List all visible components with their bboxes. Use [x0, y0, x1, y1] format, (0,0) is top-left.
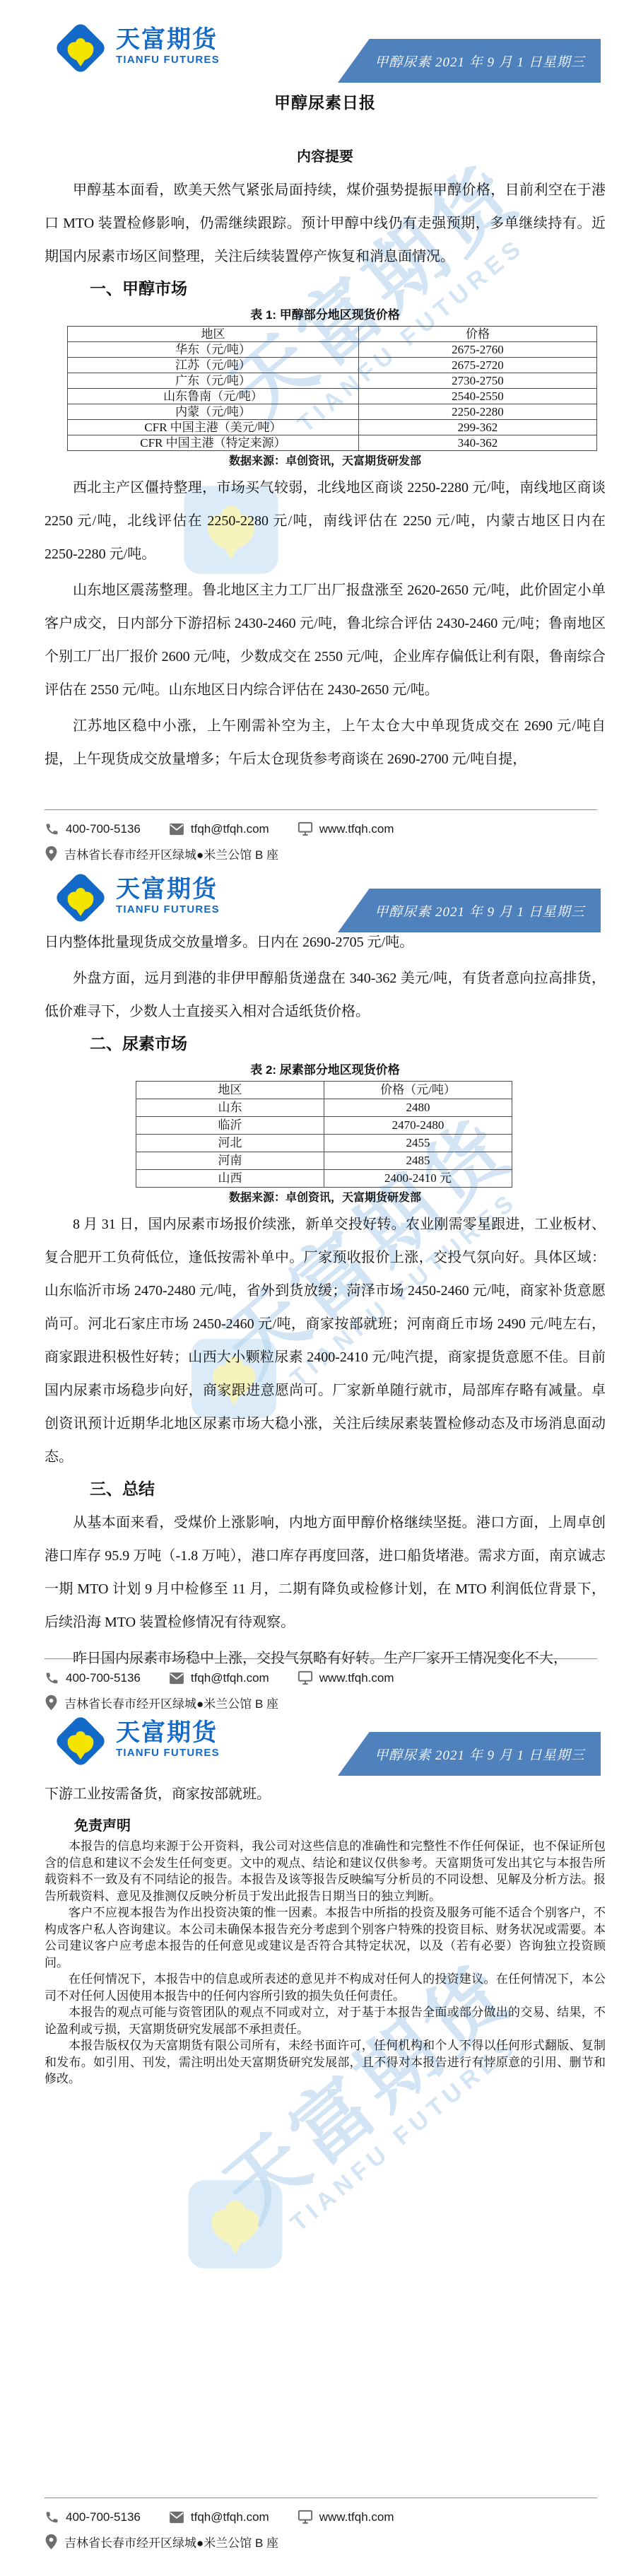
email-icon	[169, 823, 184, 836]
table-cell: 河北	[136, 1135, 324, 1152]
brand-name-en: TIANFU FUTURES	[116, 1747, 220, 1759]
report-page-2: 天富期货 TIANFU FUTURES 天富期货 TIANFU FUTURES …	[0, 870, 636, 1711]
footer-contact-row: 400-700-5136 tfqh@tfqh.com www.tfqh.com	[45, 2510, 597, 2524]
footer-address: 吉林省长春市经开区绿城●米兰公馆 B 座	[64, 1694, 278, 1711]
section-summary-title: 三、总结	[90, 1474, 606, 1504]
table-cell: 2455	[324, 1135, 512, 1152]
table1-caption: 表 1: 甲醇部分地区现货价格	[45, 308, 606, 322]
paragraph-summary: 甲醇基本面看，欧美天然气紧张局面持续，煤价强势提振甲醇价格，目前利空在于港口 M…	[45, 174, 606, 274]
footer-contact-row: 400-700-5136 tfqh@tfqh.com www.tfqh.com	[45, 1670, 597, 1685]
summary-heading: 内容提要	[45, 148, 606, 165]
table1-source: 数据来源：卓创资讯，天富期货研发部	[45, 455, 606, 469]
footer-address-item: 吉林省长春市经开区绿城●米兰公馆 B 座	[45, 1694, 278, 1711]
table-row: 河南2485	[136, 1152, 512, 1170]
table1-header-region: 地区	[68, 327, 359, 342]
table-cell: 河南	[136, 1152, 324, 1170]
footer-contact-row: 400-700-5136 tfqh@tfqh.com www.tfqh.com	[45, 821, 597, 836]
brand-logo: 天富期货 TIANFU FUTURES	[54, 871, 220, 927]
brand-logo-icon	[54, 871, 107, 927]
disclaimer-paragraph: 客户不应视本报告为作出投资决策的惟一因素。本报告中所指的投资及服务可能不适合个别…	[45, 1904, 606, 1971]
footer-address: 吉林省长春市经开区绿城●米兰公馆 B 座	[64, 2533, 278, 2551]
paragraph-summary-1: 从基本面来看，受煤价上涨影响，内地方面甲醇价格继续坚挺。港口方面，上周卓创港口库…	[45, 1506, 606, 1639]
table-cell: 山西	[136, 1170, 324, 1188]
table-row: 山东2480	[136, 1099, 512, 1117]
table-row: 山东鲁南（元/吨）2540-2550	[68, 389, 597, 404]
brand-name-en: TIANFU FUTURES	[116, 54, 220, 66]
paragraph-external-market: 外盘方面，远月到港的非伊甲醇船货递盘在 340-362 美元/吨，有货者意向拉高…	[45, 962, 606, 1029]
brand-logo-icon	[54, 1714, 107, 1771]
footer-address-row: 吉林省长春市经开区绿城●米兰公馆 B 座	[45, 2533, 597, 2551]
footer-website: www.tfqh.com	[319, 1671, 394, 1685]
footer-website-item: www.tfqh.com	[298, 1670, 394, 1685]
table-cell: 2485	[324, 1152, 512, 1170]
footer-email-item: tfqh@tfqh.com	[169, 822, 269, 836]
table2-header-region: 地区	[136, 1082, 324, 1099]
footer-address-item: 吉林省长春市经开区绿城●米兰公馆 B 座	[45, 2533, 278, 2551]
footer-phone: 400-700-5136	[66, 2510, 141, 2524]
table-header-row: 地区 价格	[68, 327, 597, 342]
footer-website-item: www.tfqh.com	[298, 2510, 394, 2524]
table1-header-price: 价格	[358, 327, 596, 342]
page-footer: 400-700-5136 tfqh@tfqh.com www.tfqh.com …	[45, 809, 597, 862]
email-icon	[169, 2511, 184, 2524]
footer-divider	[45, 1658, 597, 1659]
footer-email-item: tfqh@tfqh.com	[169, 1671, 269, 1685]
disclaimer-title: 免责声明	[74, 1815, 606, 1837]
table-row: 华东（元/吨）2675-2760	[68, 342, 597, 358]
brand-logo: 天富期货 TIANFU FUTURES	[54, 21, 220, 78]
table-cell: 340-362	[358, 435, 596, 451]
footer-email: tfqh@tfqh.com	[191, 2510, 269, 2524]
footer-address-row: 吉林省长春市经开区绿城●米兰公馆 B 座	[45, 845, 597, 862]
table-cell: 2480	[324, 1099, 512, 1117]
email-icon	[169, 1672, 184, 1685]
brand-name-en: TIANFU FUTURES	[116, 903, 220, 915]
table-cell: 华东（元/吨）	[68, 342, 359, 358]
table-cell: 299-362	[358, 420, 596, 435]
table-cell: 2675-2720	[358, 358, 596, 373]
methanol-price-table: 地区 价格 华东（元/吨）2675-2760江苏（元/吨）2675-2720广东…	[67, 326, 597, 451]
website-icon	[298, 1670, 313, 1685]
report-page-3: 天富期货 TIANFU FUTURES 天富期货 TIANFU FUTURES …	[0, 1711, 636, 2576]
page-footer: 400-700-5136 tfqh@tfqh.com www.tfqh.com …	[45, 2498, 597, 2551]
urea-price-table: 地区 价格（元/吨） 山东2480临沂2470-2480河北2455河南2485…	[136, 1081, 512, 1188]
footer-email: tfqh@tfqh.com	[191, 822, 269, 836]
location-icon	[45, 2534, 58, 2550]
section-methanol-title: 一、甲醇市场	[90, 274, 606, 303]
date-banner: 甲醇尿素 2021 年 9 月 1 日星期三	[338, 39, 601, 83]
table-row: 山西2400-2410 元	[136, 1170, 512, 1188]
phone-icon	[45, 1670, 59, 1685]
table-cell: 2250-2280	[358, 404, 596, 420]
page-header: 天富期货 TIANFU FUTURES 甲醇尿素 2021 年 9 月 1 日星…	[0, 20, 636, 105]
footer-phone-item: 400-700-5136	[45, 821, 141, 836]
footer-email-item: tfqh@tfqh.com	[169, 2510, 269, 2524]
brand-name-cn: 天富期货	[116, 877, 220, 902]
brand-logo: 天富期货 TIANFU FUTURES	[54, 1714, 220, 1771]
table-row: 河北2455	[136, 1135, 512, 1152]
table-cell: 2470-2480	[324, 1117, 512, 1135]
table-cell: 2730-2750	[358, 373, 596, 389]
disclaimer-body: 本报告的信息均来源于公开资料，我公司对这些信息的准确性和完整性不作任何保证，也不…	[45, 1838, 606, 2088]
table-row: 临沂2470-2480	[136, 1117, 512, 1135]
brand-logo-text: 天富期货 TIANFU FUTURES	[116, 871, 220, 915]
website-icon	[298, 821, 313, 836]
footer-divider	[45, 809, 597, 810]
location-icon	[45, 845, 58, 862]
table-cell: 2675-2760	[358, 342, 596, 358]
page-header: 天富期货 TIANFU FUTURES 甲醇尿素 2021 年 9 月 1 日星…	[0, 870, 636, 954]
brand-watermark-logo	[185, 2177, 285, 2271]
footer-address-row: 吉林省长春市经开区绿城●米兰公馆 B 座	[45, 1694, 597, 1711]
footer-website: www.tfqh.com	[319, 822, 394, 836]
table-cell: 内蒙（元/吨）	[68, 404, 359, 420]
disclaimer-paragraph: 本报告的信息均来源于公开资料，我公司对这些信息的准确性和完整性不作任何保证，也不…	[45, 1838, 606, 1904]
table2-source: 数据来源：卓创资讯，天富期货研发部	[45, 1191, 606, 1205]
page1-body: 甲醇尿素日报 内容提要 甲醇基本面看，欧美天然气紧张局面持续，煤价强势提振甲醇价…	[45, 92, 606, 776]
paragraph-shandong: 山东地区震荡整理。鲁北地区主力工厂出厂报盘涨至 2620-2650 元/吨，此价…	[45, 574, 606, 707]
table-header-row: 地区 价格（元/吨）	[136, 1082, 512, 1099]
footer-website-item: www.tfqh.com	[298, 821, 394, 836]
footer-website: www.tfqh.com	[319, 2510, 394, 2524]
table-cell: 2540-2550	[358, 389, 596, 404]
report-page-1: 天富期货 TIANFU FUTURES 天富期货 TIANFU FUTURES …	[0, 0, 636, 870]
table-cell: CFR 中国主港（美元/吨）	[68, 420, 359, 435]
footer-address-item: 吉林省长春市经开区绿城●米兰公馆 B 座	[45, 845, 278, 862]
date-banner-text: 甲醇尿素 2021 年 9 月 1 日星期三	[375, 52, 585, 71]
table-row: CFR 中国主港（美元/吨）299-362	[68, 420, 597, 435]
table2-caption: 表 2: 尿素部分地区现货价格	[45, 1062, 606, 1077]
table-cell: 山东	[136, 1099, 324, 1117]
footer-phone: 400-700-5136	[66, 822, 141, 836]
table-row: 江苏（元/吨）2675-2720	[68, 358, 597, 373]
date-banner: 甲醇尿素 2021 年 9 月 1 日星期三	[338, 889, 601, 932]
footer-divider	[45, 2498, 597, 2498]
footer-phone-item: 400-700-5136	[45, 1670, 141, 1685]
paragraph-urea-market: 8 月 31 日，国内尿素市场报价续涨，新单交投好转。农业刚需零星跟进，工业板材…	[45, 1208, 606, 1474]
page2-body: 日内整体批量现货成交放量增多。日内在 2690-2705 元/吨。 外盘方面，远…	[45, 926, 606, 1675]
disclaimer-paragraph: 本报告版权仅为天富期货有限公司所有，未经书面许可，任何机构和个人不得以任何形式翻…	[45, 2037, 606, 2088]
website-icon	[298, 2510, 313, 2524]
page3-body: 下游工业按需备货，商家按部就班。 免责声明 本报告的信息均来源于公开资料，我公司…	[45, 1778, 606, 2088]
table-cell: 2400-2410 元	[324, 1170, 512, 1188]
footer-email: tfqh@tfqh.com	[191, 1671, 269, 1685]
table-cell: CFR 中国主港（特定来源）	[68, 435, 359, 451]
brand-name-cn: 天富期货	[116, 27, 220, 52]
phone-icon	[45, 821, 59, 836]
table-cell: 广东（元/吨）	[68, 373, 359, 389]
brand-logo-text: 天富期货 TIANFU FUTURES	[116, 21, 220, 66]
footer-phone: 400-700-5136	[66, 1671, 141, 1685]
footer-address: 吉林省长春市经开区绿城●米兰公馆 B 座	[64, 845, 278, 862]
table2-header-price: 价格（元/吨）	[324, 1082, 512, 1099]
page-footer: 400-700-5136 tfqh@tfqh.com www.tfqh.com …	[45, 1658, 597, 1711]
table-row: CFR 中国主港（特定来源）340-362	[68, 435, 597, 451]
paragraph-northwest: 西北主产区僵持整理，市场买气较弱，北线地区商谈 2250-2280 元/吨，南线…	[45, 472, 606, 571]
table-row: 内蒙（元/吨）2250-2280	[68, 404, 597, 420]
table-cell: 山东鲁南（元/吨）	[68, 389, 359, 404]
brand-logo-text: 天富期货 TIANFU FUTURES	[116, 1714, 220, 1759]
phone-icon	[45, 2510, 59, 2524]
brand-name-cn: 天富期货	[116, 1720, 220, 1745]
paragraph-jiangsu: 江苏地区稳中小涨，上午刚需补空为主，上午太仓大中单现货成交在 2690 元/吨自…	[45, 710, 606, 776]
table-row: 广东（元/吨）2730-2750	[68, 373, 597, 389]
location-icon	[45, 1694, 58, 1711]
disclaimer-paragraph: 本报告的观点可能与资管团队的观点不同或对立，对于基于本报告全面或部分做出的交易、…	[45, 2004, 606, 2037]
page-header: 天富期货 TIANFU FUTURES 甲醇尿素 2021 年 9 月 1 日星…	[0, 1713, 636, 1798]
brand-logo-icon	[54, 21, 107, 78]
date-banner-text: 甲醇尿素 2021 年 9 月 1 日星期三	[375, 1745, 585, 1764]
section-urea-title: 二、尿素市场	[90, 1029, 606, 1058]
table-cell: 临沂	[136, 1117, 324, 1135]
footer-phone-item: 400-700-5136	[45, 2510, 141, 2524]
disclaimer-paragraph: 在任何情况下，本报告中的信息或所表述的意见并不构成对任何人的投资建议。在任何情况…	[45, 1971, 606, 2004]
date-banner: 甲醇尿素 2021 年 9 月 1 日星期三	[338, 1732, 601, 1776]
date-banner-text: 甲醇尿素 2021 年 9 月 1 日星期三	[375, 901, 585, 920]
table-cell: 江苏（元/吨）	[68, 358, 359, 373]
